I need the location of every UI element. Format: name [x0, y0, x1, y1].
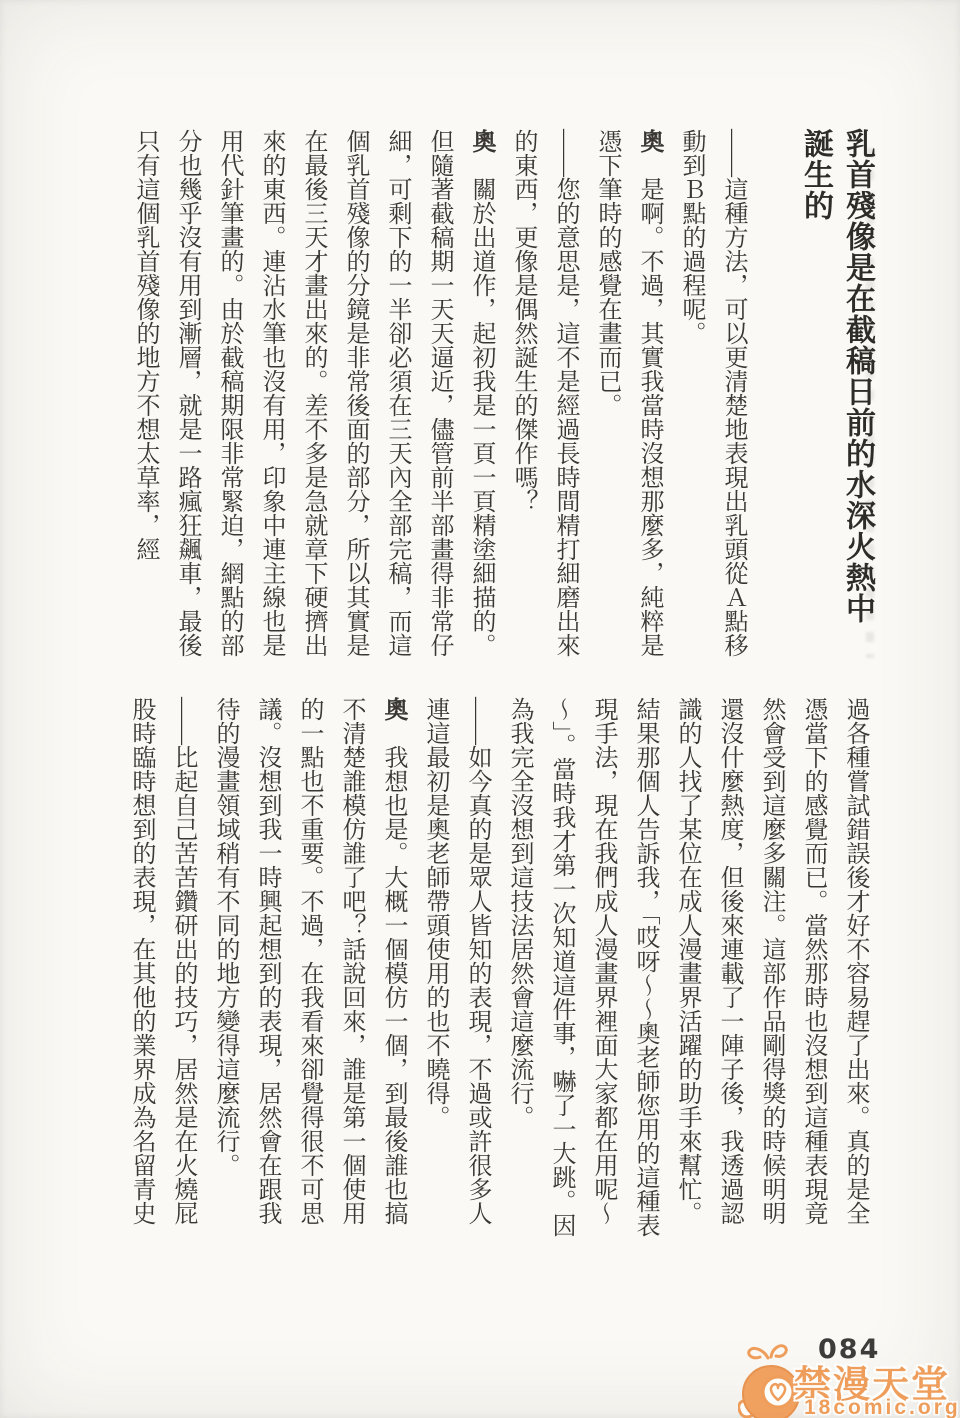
speaker-label: 奧 [636, 129, 662, 177]
interview-paragraph: ——如今真的是眾人皆知的表現，不過或許很多人連這最初是奧老師帶頭使用的也不曉得。 [414, 697, 498, 1237]
paragraph-text: ——您的意思是，這不是經過長時間精打細磨出來的東西，更像是偶然誕生的傑作嗎？ [510, 129, 578, 657]
interview-paragraph: ——比起自己苦苦鑽研出的技巧，居然是在火燒屁股時臨時想到的表現，在其他的業界成為… [120, 697, 204, 1237]
paragraph-text: 關於出道作，起初我是一頁一頁精塗細描的。但隨著截稿期一天天逼近，儘管前半部畫得非… [132, 129, 494, 657]
paragraph-text: ——這種方法，可以更清楚地表現出乳頭從Ａ點移動到Ｂ點的過程呢。 [678, 129, 746, 657]
interview-paragraph: ——這種方法，可以更清楚地表現出乳頭從Ａ點移動到Ｂ點的過程呢。 [670, 129, 754, 671]
interview-upper-block: ——這種方法，可以更清楚地表現出乳頭從Ａ點移動到Ｂ點的過程呢。 奧 是啊。不過，… [124, 129, 754, 671]
scanned-book-page: 乳首殘像是在截稿日前的水深火熱中 誕生的 ——這種方法，可以更清楚地表現出乳頭從… [0, 0, 960, 1418]
speaker-label: 奧 [468, 129, 494, 177]
watermark: 禁漫天堂 18comic.org [738, 1338, 960, 1418]
interview-lower-block: 過各種嘗試錯誤後才好不容易趕了出來。真的是全憑當下的感覺而已。當然那時也沒想到這… [120, 697, 876, 1237]
interview-paragraph: ——您的意思是，這不是經過長時間精打細磨出來的東西，更像是偶然誕生的傑作嗎？ [502, 129, 586, 671]
page-title-line-1: 乳首殘像是在截稿日前的水深火熱中 [836, 128, 878, 633]
paragraph-text: 過各種嘗試錯誤後才好不容易趕了出來。真的是全憑當下的感覺而已。當然那時也沒想到這… [506, 697, 868, 1237]
interview-paragraph: 奧 我想也是。大概一個模仿一個，到最後誰也搞不清楚誰模仿誰了吧？話說回來，誰是第… [204, 697, 414, 1237]
jm-whale-heart-mascot-icon [738, 1340, 800, 1418]
speaker-label: 奧 [380, 697, 406, 745]
interview-paragraph: 過各種嘗試錯誤後才好不容易趕了出來。真的是全憑當下的感覺而已。當然那時也沒想到這… [498, 697, 876, 1237]
watermark-site-url: 18comic.org [804, 1396, 960, 1418]
interview-paragraph: 奧 是啊。不過，其實我當時沒想那麼多，純粹是憑下筆時的感覺在畫而已。 [586, 129, 670, 671]
paragraph-text: ——如今真的是眾人皆知的表現，不過或許很多人連這最初是奧老師帶頭使用的也不曉得。 [422, 697, 490, 1225]
page-title: 乳首殘像是在截稿日前的水深火熱中 誕生的 [794, 128, 878, 633]
paragraph-text: 我想也是。大概一個模仿一個，到最後誰也搞不清楚誰模仿誰了吧？話說回來，誰是第一個… [212, 697, 406, 1225]
page-title-line-2: 誕生的 [794, 128, 836, 633]
paragraph-text: ——比起自己苦苦鑽研出的技巧，居然是在火燒屁股時臨時想到的表現，在其他的業界成為… [128, 697, 196, 1225]
interview-paragraph: 奧 關於出道作，起初我是一頁一頁精塗細描的。但隨著截稿期一天天逼近，儘管前半部畫… [124, 129, 502, 671]
paragraph-text: 是啊。不過，其實我當時沒想那麼多，純粹是憑下筆時的感覺在畫而已。 [594, 129, 662, 657]
